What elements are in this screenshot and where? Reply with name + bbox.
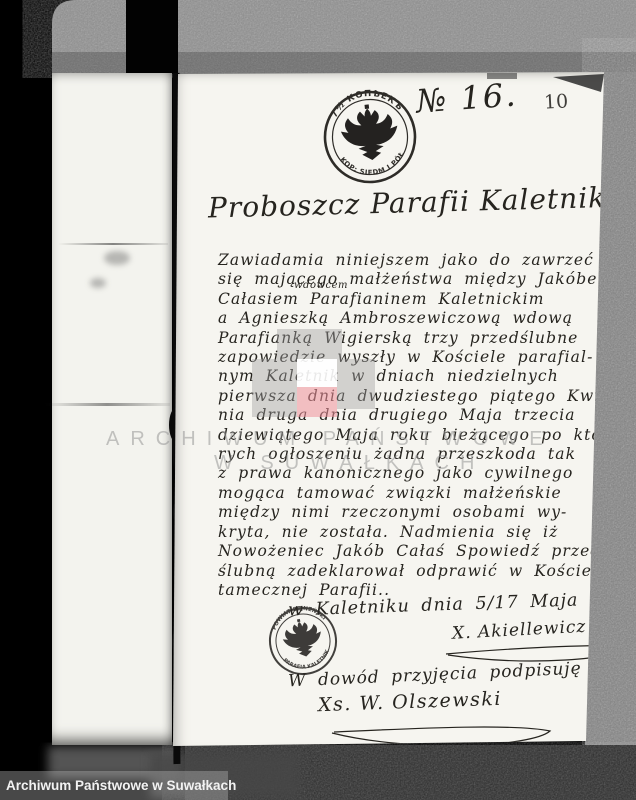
interlinear-insertion: wdowcem (294, 280, 348, 291)
body-line: a Agnieszką Ambroszewiczową wdową (218, 309, 600, 328)
body-line: mogąca tamować związki małżeńskie (218, 484, 600, 503)
watermark-logo-block (337, 359, 375, 409)
document-body: Zawiadamia niniejszem jako do zawrzeć si… (218, 251, 600, 600)
document-page: 7½ КОПѢЕКЪ KOP: SIEDM I PÓŁ № 16. 10 Pro… (172, 71, 606, 749)
body-line: Zawiadamia niniejszem jako do zawrzeć (218, 251, 600, 270)
watermark-logo-block (252, 359, 297, 417)
document-title: Proboszcz Parafii Kaletnik (208, 183, 553, 225)
body-line: się mającego małżeństwa między Jakóbem (218, 270, 600, 289)
page-corner-shadow (172, 71, 606, 111)
paper-smudge (104, 251, 130, 265)
watermark-logo-block-white (297, 359, 337, 387)
body-line: między nimi rzeczonymi osobami wy- (218, 503, 600, 522)
watermark-logo-block (277, 329, 342, 359)
body-line: Parafianką Wigierską trzy przedślubne (218, 329, 600, 348)
archive-watermark-line1: ARCHIWUM PAŃSTWOWE (106, 428, 554, 451)
archive-caption-bar: Archiwum Państwowe w Suwałkach (0, 771, 228, 800)
body-line: Nowożeniec Jakób Całaś Spowiedź przed- (218, 542, 600, 561)
archive-watermark-line2: W SUWAŁKACH (214, 452, 485, 475)
crease-line (44, 403, 170, 406)
folded-page-verso (52, 73, 172, 745)
watermark-logo-block-pink (297, 387, 337, 417)
crease-line (58, 243, 168, 245)
body-line: kryta, nie została. Nadmienia się iż (218, 523, 600, 542)
body-line: Całasiem Parafianinem Kaletnickim (218, 290, 600, 309)
body-line: ślubną zadeklarował odprawić w Kościele (218, 562, 600, 581)
archive-caption-text: Archiwum Państwowe w Suwałkach (0, 771, 228, 800)
paper-smudge (90, 278, 106, 288)
receiver-signature: Xs. W. Olszewski (318, 688, 503, 716)
archival-scan-canvas: 7½ КОПѢЕКЪ KOP: SIEDM I PÓŁ № 16. 10 Pro… (0, 0, 636, 800)
seal-eagle-icon (279, 615, 325, 660)
